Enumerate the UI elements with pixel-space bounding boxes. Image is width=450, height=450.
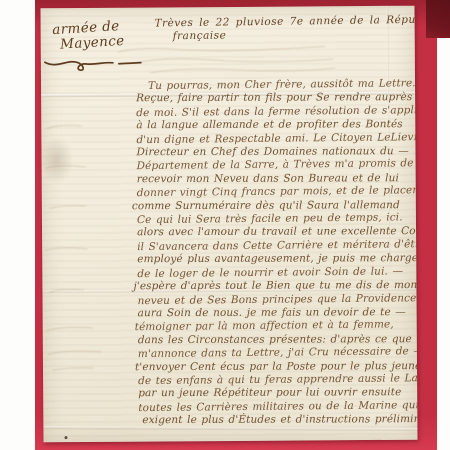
signature-flourish (43, 54, 153, 75)
letter-line: exigent le plus d'Études et d'instructio… (142, 413, 417, 427)
letter-line: m'annonce dans ta Lettre, j'ai Cru néces… (138, 345, 418, 361)
background-shadow-corner (426, 0, 450, 38)
dateline: Trèves le 22 pluviose 7e année de la Rép… (154, 14, 417, 44)
letter-photo: armée de Mayence Trèves le 22 pluviose 7… (0, 0, 450, 450)
letter-line: j'espère d'après tout le Bien que tu me … (133, 279, 417, 294)
paper-sheet: armée de Mayence Trèves le 22 pluviose 7… (40, 6, 417, 443)
army-of-mayence-mark: armée de Mayence (52, 19, 125, 53)
letter-body: Tu pourras, mon Cher frère, aussitôt ma … (136, 78, 418, 429)
